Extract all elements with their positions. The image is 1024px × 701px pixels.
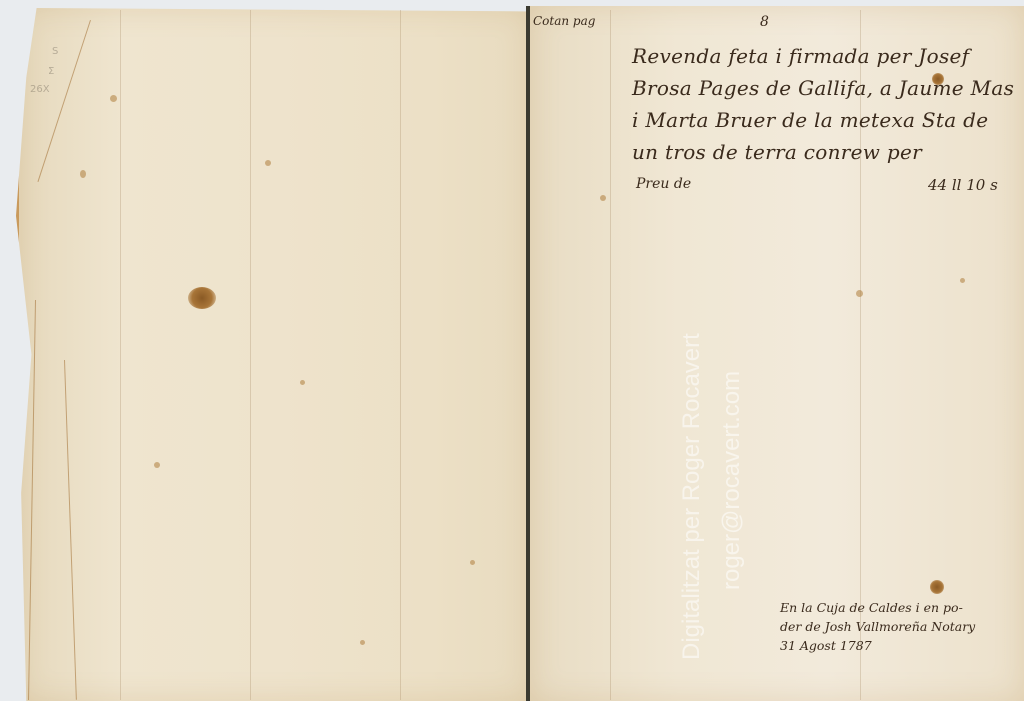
closing-note: En la Cuja de Caldes i en po- der de Jos… <box>780 598 975 655</box>
left-page <box>16 8 531 701</box>
watermark-line-1: Digitalitzat per Roger Rocavert <box>678 333 706 660</box>
paper-crease <box>250 10 251 700</box>
book-gutter <box>526 6 530 701</box>
faint-mark: Σ <box>48 66 54 77</box>
scanned-document: S Σ 26X Cotan pag 8 Revenda feta i firma… <box>0 0 1024 701</box>
price-value: 44 ll 10 s <box>928 176 998 194</box>
heading-line: Revenda feta i firmada per Josef <box>632 40 1014 72</box>
margin-note: Cotan pag <box>533 14 595 28</box>
heading-line: un tros de terra conrew per <box>632 136 1014 168</box>
paper-crease <box>400 10 401 700</box>
closing-line: En la Cuja de Caldes i en po- <box>780 598 975 617</box>
paper-crease <box>120 10 121 700</box>
ink-stain <box>188 287 216 309</box>
faint-mark: S <box>52 46 58 57</box>
faint-mark: 26X <box>30 84 50 95</box>
closing-line: der de Josh Vallmoreña Notary <box>780 617 975 636</box>
deed-heading: Revenda feta i firmada per Josef Brosa P… <box>632 40 1014 168</box>
paper-crease <box>610 10 611 700</box>
ink-stain <box>930 580 944 594</box>
price-label: Preu de <box>636 176 691 192</box>
closing-line: 31 Agost 1787 <box>780 636 975 655</box>
watermark-line-2: roger@rocavert.com <box>718 371 746 590</box>
heading-line: Brosa Pages de Gallifa, a Jaume Mas <box>632 72 1014 104</box>
folio-mark: 8 <box>760 14 769 30</box>
heading-line: i Marta Bruer de la metexa Sta de <box>632 104 1014 136</box>
